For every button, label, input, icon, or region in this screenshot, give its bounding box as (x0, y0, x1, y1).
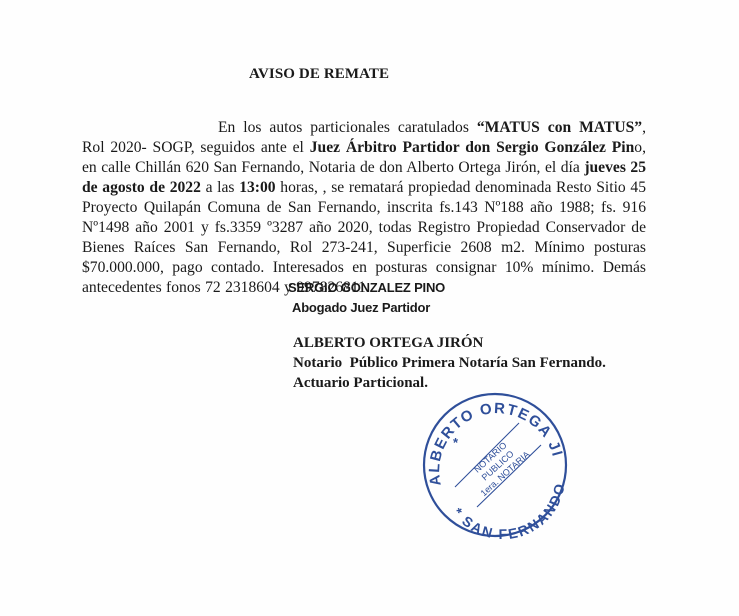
notary-stamp-icon: ALBERTO ORTEGA JIRON * SAN FERNANDO * NO… (415, 387, 575, 547)
signature-name: SERGIO GONZALEZ PINO (288, 280, 445, 295)
body-segment: horas, , se rematará propiedad denominad… (82, 179, 646, 296)
body-segment-bold: 13:00 (239, 179, 275, 196)
svg-text:* SAN FERNANDO: * SAN FERNANDO (450, 481, 568, 542)
document-page: AVISO DE REMATE En los autos particional… (0, 0, 739, 616)
notary-block: ALBERTO ORTEGA JIRÓN Notario Público Pri… (293, 333, 606, 393)
document-body: En los autos particionales caratulados “… (82, 118, 646, 298)
signature-role: Abogado Juez Partidor (292, 300, 430, 315)
body-segment-bold: “MATUS con MATUS” (477, 119, 642, 136)
notary-name: ALBERTO ORTEGA JIRÓN (293, 333, 606, 353)
body-segment: En los autos particionales caratulados (218, 119, 477, 136)
body-segment-bold: Juez Árbitro Partidor don Sergio Gonzále… (310, 139, 635, 156)
notary-title: Notario Público Primera Notaría San Fern… (293, 353, 606, 373)
document-title: AVISO DE REMATE (249, 66, 389, 83)
body-segment: a las (201, 179, 239, 196)
svg-text:*: * (453, 435, 459, 450)
